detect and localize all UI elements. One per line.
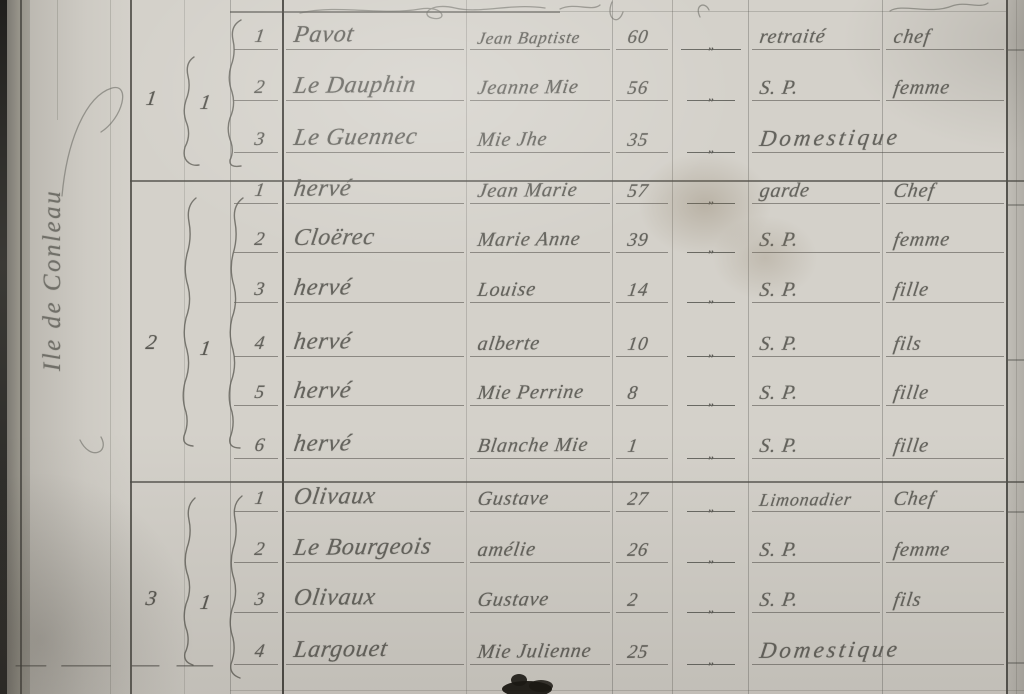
- age-cell: 2: [616, 570, 668, 613]
- ditto-mark: „: [678, 623, 744, 665]
- given-name-cell: Gustave: [470, 570, 610, 613]
- age-cell: 60: [616, 7, 668, 50]
- occupation-cell: S. P.: [752, 314, 880, 357]
- table-row: 2 Le Bourgeois amélie 26 „ S. P. femme: [0, 521, 1024, 563]
- age-cell: 57: [616, 161, 668, 204]
- surname-cell: hervé: [286, 363, 464, 406]
- given-name-cell: Louise: [470, 260, 610, 303]
- age-cell: 14: [616, 260, 668, 303]
- occupation-cell: S. P.: [752, 210, 880, 253]
- occupation-cell: S. P.: [752, 570, 880, 613]
- age-cell: 56: [616, 58, 668, 101]
- relation-cell: fille: [886, 260, 1004, 303]
- line-number: 4: [234, 622, 278, 665]
- age-cell: 8: [616, 363, 668, 406]
- occupation-cell: retraité: [752, 7, 880, 50]
- given-name-cell: Jean Baptiste: [470, 7, 610, 50]
- line-number: 6: [234, 416, 278, 459]
- surname-cell: Largouet: [286, 622, 464, 665]
- surname-cell: Cloërec: [286, 210, 464, 253]
- line-number: 2: [234, 58, 278, 101]
- relation-cell: fils: [886, 570, 1004, 613]
- occupation-cell: Limonadier: [752, 469, 880, 512]
- relation-cell: Chef: [886, 161, 1004, 204]
- ditto-mark: „: [678, 261, 744, 303]
- occupation-cell: S. P.: [752, 58, 880, 101]
- surname-cell: Le Bourgeois: [286, 520, 464, 563]
- surname-cell: hervé: [286, 416, 464, 459]
- line-number: 1: [234, 161, 278, 204]
- table-row: 3 Le Guennec Mie Jhe 35 „ Domestique: [0, 111, 1024, 153]
- age-cell: 26: [616, 520, 668, 563]
- age-cell: 1: [616, 416, 668, 459]
- table-row: 6 hervé Blanche Mie 1 „ S. P. fille: [0, 417, 1024, 459]
- table-row: 5 hervé Mie Perrine 8 „ S. P. fille: [0, 364, 1024, 406]
- line-number: 4: [234, 314, 278, 357]
- surname-cell: Pavot: [286, 7, 464, 50]
- surname-cell: hervé: [286, 314, 464, 357]
- age-cell: 39: [616, 210, 668, 253]
- given-name-cell: alberte: [470, 314, 610, 357]
- occupation-cell: S. P.: [752, 260, 880, 303]
- age-cell: 35: [616, 110, 668, 153]
- ditto-mark: „: [678, 470, 744, 512]
- line-number: 1: [234, 469, 278, 512]
- ditto-mark: „: [678, 364, 744, 406]
- ditto-mark: „: [678, 8, 744, 50]
- given-name-cell: Mie Julienne: [470, 622, 610, 665]
- relation-cell: chef: [886, 7, 1004, 50]
- census-register-scan: Ile de Conleau 1 1 2 1 3 1 1 Pavot Jean …: [0, 0, 1024, 694]
- ditto-mark: „: [678, 162, 744, 204]
- age-cell: 10: [616, 314, 668, 357]
- relation-cell: fille: [886, 363, 1004, 406]
- occupation-cell: S. P.: [752, 363, 880, 406]
- table-row: 1 Olivaux Gustave 27 „ Limonadier Chef: [0, 470, 1024, 512]
- occupation-cell: Domestique: [752, 110, 1004, 153]
- row-rule: [230, 690, 1024, 691]
- empty-cell-dash: —: [60, 651, 113, 677]
- relation-cell: fille: [886, 416, 1004, 459]
- empty-cell-dash: —: [175, 651, 215, 677]
- table-row: 2 Le Dauphin Jeanne Mie 56 „ S. P. femme: [0, 59, 1024, 101]
- given-name-cell: Jeanne Mie: [470, 58, 610, 101]
- given-name-cell: Jean Marie: [470, 161, 610, 204]
- table-row: 3 hervé Louise 14 „ S. P. fille: [0, 261, 1024, 303]
- ditto-mark: „: [678, 59, 744, 101]
- table-row: 2 Cloërec Marie Anne 39 „ S. P. femme: [0, 211, 1024, 253]
- ditto-mark: „: [678, 571, 744, 613]
- line-number: 3: [234, 260, 278, 303]
- surname-cell: Olivaux: [286, 570, 464, 613]
- surname-cell: hervé: [286, 260, 464, 303]
- line-number: 2: [234, 520, 278, 563]
- table-row: 1 hervé Jean Marie 57 „ garde Chef: [0, 162, 1024, 204]
- surname-cell: Olivaux: [286, 469, 464, 512]
- relation-cell: Chef: [886, 469, 1004, 512]
- surname-cell: hervé: [286, 161, 464, 204]
- relation-cell: femme: [886, 520, 1004, 563]
- relation-cell: femme: [886, 210, 1004, 253]
- ditto-mark: „: [678, 315, 744, 357]
- relation-cell: femme: [886, 58, 1004, 101]
- age-cell: 27: [616, 469, 668, 512]
- given-name-cell: Blanche Mie: [470, 416, 610, 459]
- table-row: 3 Olivaux Gustave 2 „ S. P. fils: [0, 571, 1024, 613]
- line-number: 3: [234, 110, 278, 153]
- line-number: 1: [234, 7, 278, 50]
- ditto-mark: „: [678, 521, 744, 563]
- given-name-cell: Mie Jhe: [470, 110, 610, 153]
- given-name-cell: Mie Perrine: [470, 363, 610, 406]
- table-row: 1 Pavot Jean Baptiste 60 „ retraité chef: [0, 8, 1024, 50]
- empty-cell-dash: —: [131, 651, 161, 677]
- occupation-cell: S. P.: [752, 416, 880, 459]
- ditto-mark: „: [678, 111, 744, 153]
- ink-blot: [502, 674, 553, 694]
- surname-cell: Le Guennec: [286, 110, 464, 153]
- age-cell: 25: [616, 622, 668, 665]
- line-number: 5: [234, 363, 278, 406]
- surname-cell: Le Dauphin: [286, 58, 464, 101]
- given-name-cell: Gustave: [470, 469, 610, 512]
- given-name-cell: amélie: [470, 520, 610, 563]
- line-number: 3: [234, 570, 278, 613]
- relation-cell: fils: [886, 314, 1004, 357]
- ditto-mark: „: [678, 211, 744, 253]
- occupation-cell: garde: [752, 161, 880, 204]
- occupation-cell: Domestique: [752, 622, 1004, 665]
- line-number: 2: [234, 210, 278, 253]
- ditto-mark: „: [678, 417, 744, 459]
- table-row: 4 hervé alberte 10 „ S. P. fils: [0, 315, 1024, 357]
- given-name-cell: Marie Anne: [470, 210, 610, 253]
- occupation-cell: S. P.: [752, 520, 880, 563]
- empty-cell-dash: —: [15, 651, 48, 677]
